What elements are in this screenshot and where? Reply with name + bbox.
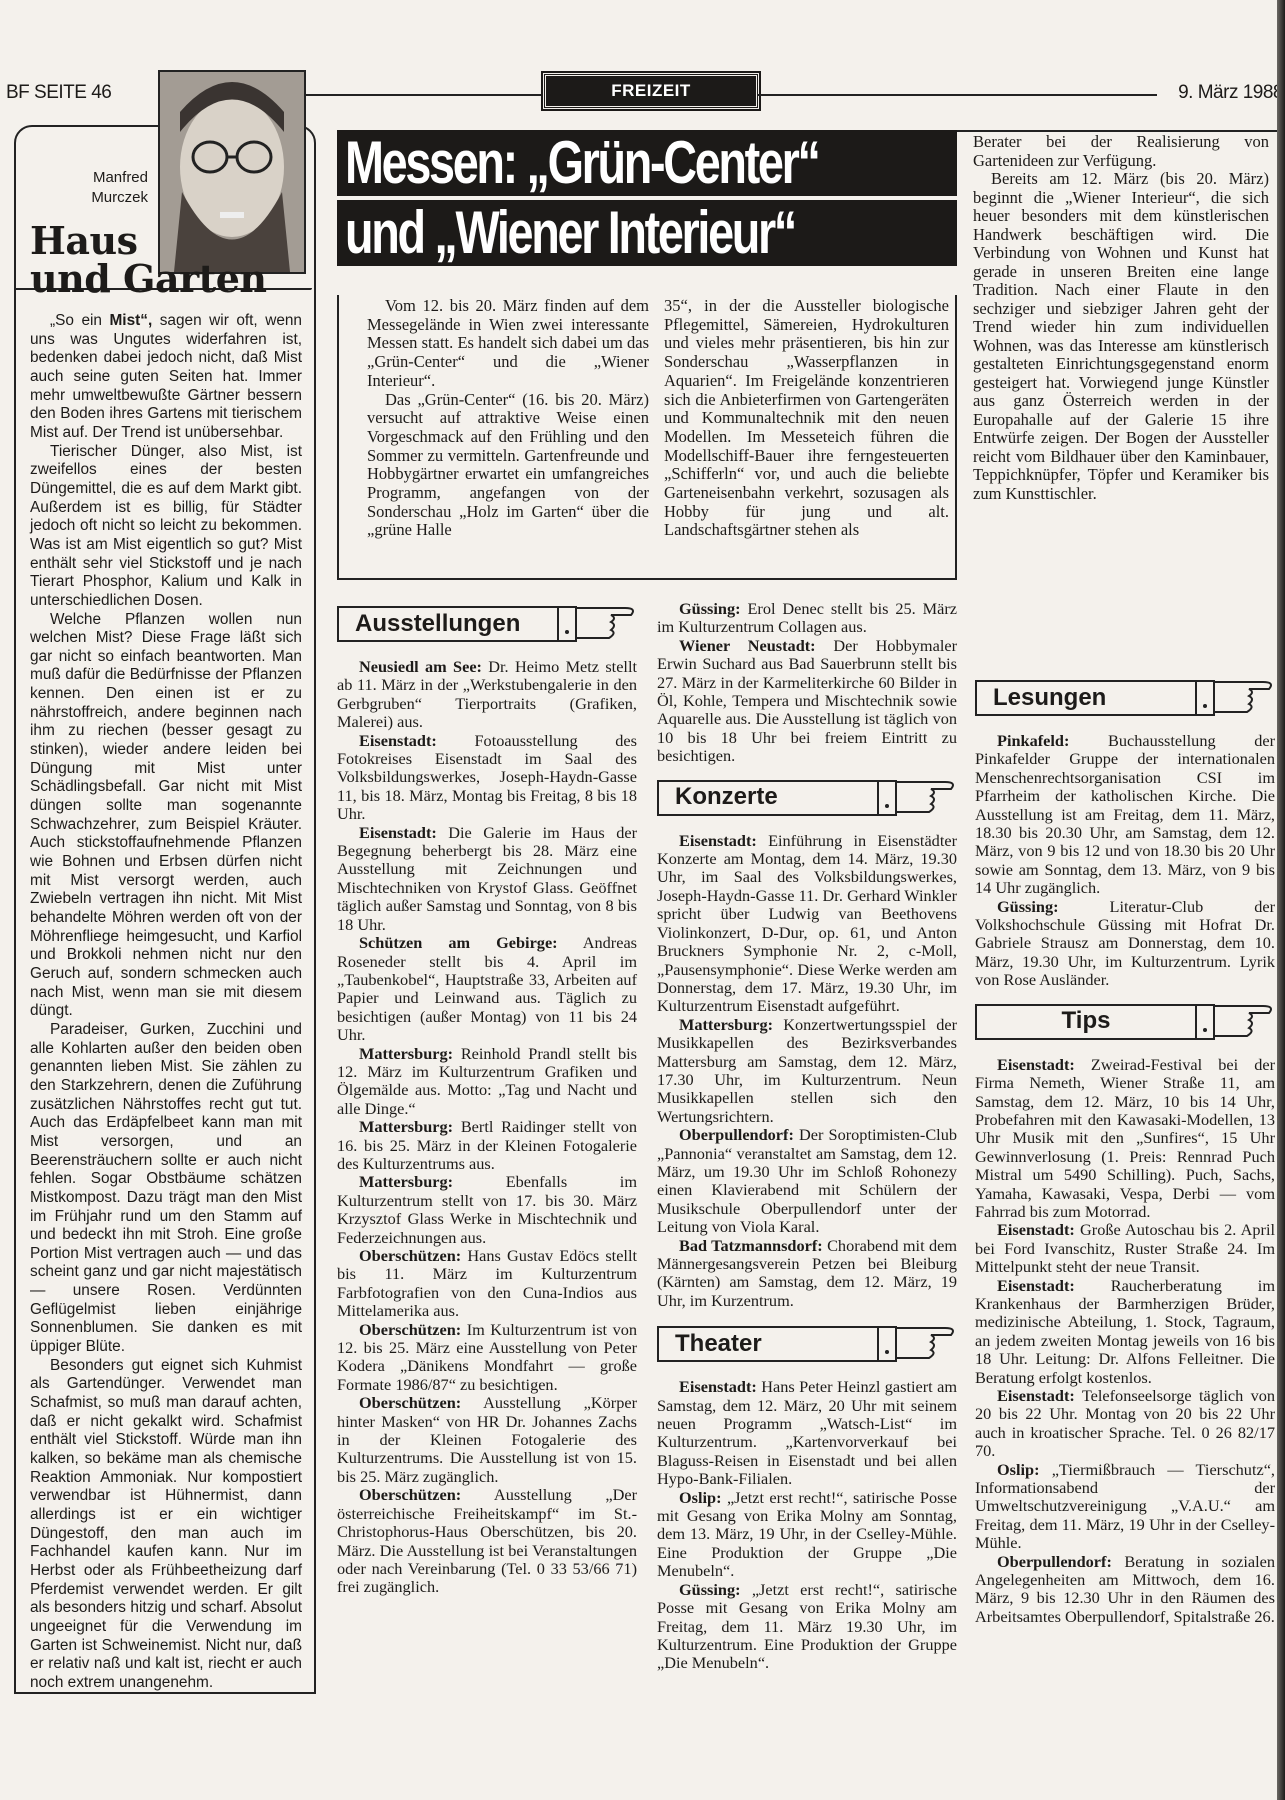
section-banner: FREIZEIT — [543, 73, 759, 109]
column-body: „So ein Mist“, sagen wir oft, wenn uns w… — [30, 312, 302, 1693]
event-place: Mattersburg: — [359, 1044, 453, 1063]
section-dot — [1195, 680, 1215, 716]
event-listing: Oberpullendorf: Der Soroptimisten-Club „… — [657, 1126, 957, 1236]
event-listing: Wiener Neustadt: Der Hobbymaler Erwin Su… — [657, 637, 957, 766]
pointing-hand-icon — [575, 606, 637, 642]
event-listing: Eisenstadt: Telefonseelsorge täglich von… — [975, 1387, 1275, 1461]
event-place: Eisenstadt: — [997, 1276, 1075, 1295]
header-rule-left — [305, 94, 543, 96]
article-paragraph: Berater bei der Realisierung von Garteni… — [973, 133, 1269, 170]
section-header-tips: Tips — [975, 1004, 1275, 1042]
headline-line2: und „Wiener Interieur“ — [337, 200, 957, 266]
event-place: Neusiedl am See: — [359, 657, 482, 676]
event-listing: Eisenstadt: Einführung in Eisenstädter K… — [657, 832, 957, 1016]
event-listing: Mattersburg: Bertl Raidinger stellt von … — [337, 1118, 637, 1173]
event-place: Eisenstadt: — [679, 831, 757, 850]
event-place: Wiener Neustadt: — [679, 636, 816, 655]
event-listing: Oberschützen: Hans Gustav Edöcs stellt b… — [337, 1247, 637, 1321]
section-title: Tips — [975, 1004, 1197, 1040]
pointing-hand-icon — [895, 1326, 957, 1362]
pointing-hand-icon — [1213, 680, 1275, 716]
event-place: Eisenstadt: — [997, 1386, 1075, 1405]
section-dot — [877, 780, 897, 816]
event-listing: Oslip: „Tiermißbrauch — Tierschutz“, Inf… — [975, 1461, 1275, 1553]
event-listing: Mattersburg: Ebenfalls im Kulturzentrum … — [337, 1173, 637, 1247]
section-title: Lesungen — [975, 680, 1197, 716]
event-place: Mattersburg: — [359, 1117, 453, 1136]
section-dot — [1195, 1004, 1215, 1040]
event-place: Mattersburg: — [679, 1015, 773, 1034]
event-text: Einführung in Eisenstädter Konzerte am M… — [657, 831, 957, 1016]
article-paragraph: Vom 12. bis 20. März finden auf dem Mess… — [367, 297, 649, 391]
event-listing: Eisenstadt: Raucherberatung im Krankenha… — [975, 1277, 1275, 1387]
section-title: Konzerte — [657, 780, 879, 816]
author-last-name: Murczek — [70, 188, 148, 208]
event-listing: Mattersburg: Konzertwertungsspiel der Mu… — [657, 1016, 957, 1126]
event-listing: Bad Tatzmannsdorf: Chorabend mit dem Män… — [657, 1237, 957, 1311]
event-listing: Neusiedl am See: Dr. Heimo Metz stellt a… — [337, 658, 637, 732]
article-paragraph: Das „Grün-Center“ (16. bis 20. März) ver… — [367, 391, 649, 541]
section-items-theater: Eisenstadt: Hans Peter Heinzl gastiert a… — [657, 1378, 957, 1673]
event-text: Der Hobbymaler Erwin Suchard aus Bad Sau… — [657, 636, 957, 765]
event-place: Oberschützen: — [359, 1393, 461, 1412]
event-place: Oslip: — [679, 1488, 722, 1507]
event-place: Güssing: — [679, 1580, 741, 1599]
column-paragraph: Welche Pflanzen wollen nun welchen Mist?… — [30, 611, 302, 1021]
column-title-line2: und Garten — [30, 260, 267, 298]
event-listing: Pinkafeld: Buchausstellung der Pinkafeld… — [975, 732, 1275, 898]
section-items-tips: Eisenstadt: Zweirad-Festival bei der Fir… — [975, 1056, 1275, 1627]
event-text: Buchausstellung der Pinkafelder Gruppe d… — [975, 731, 1275, 897]
event-text: Zweirad-Festival bei der Firma Nemeth, W… — [975, 1055, 1275, 1221]
event-place: Oberschützen: — [359, 1320, 461, 1339]
event-listing: Schützen am Gebirge: Andreas Roseneder s… — [337, 934, 637, 1044]
event-listing: Eisenstadt: Fotoausstellung des Fotokrei… — [337, 732, 637, 824]
event-listing: Eisenstadt: Die Galerie im Haus der Bege… — [337, 824, 637, 934]
section-header-ausstellungen: Ausstellungen — [337, 606, 637, 644]
author-name: Manfred Murczek — [70, 168, 148, 208]
events-column-a: Ausstellungen Neusiedl am See: Dr. Heimo… — [337, 600, 637, 1597]
section-dot — [557, 606, 577, 642]
section-items-ausstellungen: Neusiedl am See: Dr. Heimo Metz stellt a… — [337, 658, 637, 1597]
pointing-hand-icon — [895, 780, 957, 816]
event-place: Güssing: — [997, 897, 1059, 916]
event-place: Oberschützen: — [359, 1485, 461, 1504]
section-title: Ausstellungen — [337, 606, 559, 642]
article-column-2: 35“, in der die Aussteller biologische P… — [664, 297, 949, 540]
event-listing: Güssing: „Jetzt erst recht!“, satirische… — [657, 1581, 957, 1673]
article-paragraph: Bereits am 12. März (bis 20. März) begin… — [973, 170, 1269, 503]
event-listing: Eisenstadt: Zweirad-Festival bei der Fir… — [975, 1056, 1275, 1222]
section-items-konzerte: Eisenstadt: Einführung in Eisenstädter K… — [657, 832, 957, 1311]
event-place: Eisenstadt: — [997, 1055, 1075, 1074]
events-column-c: Lesungen Pinkafeld: Buchausstellung der … — [975, 600, 1275, 1626]
events-column-b: Güssing: Erol Denec stellt bis 25. März … — [657, 600, 957, 1673]
column-title: Haus und Garten — [30, 222, 267, 298]
event-listing: Oberpullendorf: Beratung in sozialen Ang… — [975, 1553, 1275, 1627]
section-items-lesungen: Pinkafeld: Buchausstellung der Pinkafeld… — [975, 732, 1275, 990]
event-listing: Oberschützen: Im Kulturzentrum ist von 1… — [337, 1321, 637, 1395]
event-place: Oslip: — [997, 1460, 1040, 1479]
event-place: Oberschützen: — [359, 1246, 461, 1265]
event-place: Eisenstadt: — [679, 1377, 757, 1396]
event-place: Oberpullendorf: — [997, 1552, 1112, 1571]
page-label: BF SEITE 46 — [6, 82, 111, 104]
section-header-konzerte: Konzerte — [657, 780, 957, 818]
headline-line1: Messen: „Grün-Center“ — [337, 130, 957, 196]
section-header-theater: Theater — [657, 1326, 957, 1364]
column-paragraph: Tierischer Dünger, also Mist, ist zweife… — [30, 443, 302, 611]
event-place: Mattersburg: — [359, 1172, 453, 1191]
event-place: Eisenstadt: — [359, 823, 437, 842]
article-box: Vom 12. bis 20. März finden auf dem Mess… — [337, 295, 957, 580]
article-column-3: Berater bei der Realisierung von Garteni… — [973, 133, 1269, 503]
event-listing: Oberschützen: Ausstellung „Der österreic… — [337, 1486, 637, 1596]
event-place: Pinkafeld: — [997, 731, 1069, 750]
event-place: Oberpullendorf: — [679, 1125, 794, 1144]
event-listing: Eisenstadt: Hans Peter Heinzl gastiert a… — [657, 1378, 957, 1488]
headline: Messen: „Grün-Center“ und „Wiener Interi… — [337, 130, 957, 270]
column-paragraph: Paradeiser, Gurken, Zucchini und alle Ko… — [30, 1021, 302, 1357]
event-listing: Güssing: Erol Denec stellt bis 25. März … — [657, 600, 957, 637]
column-paragraph: Besonders gut eignet sich Kuhmist als Ga… — [30, 1357, 302, 1693]
event-listing: Güssing: Literatur-Club der Volkshochsch… — [975, 898, 1275, 990]
column-paragraph: „So ein Mist“, sagen wir oft, wenn uns w… — [30, 312, 302, 443]
article-paragraph: 35“, in der die Aussteller biologische P… — [664, 297, 949, 540]
event-place: Schützen am Gebirge: — [359, 933, 558, 952]
event-place: Bad Tatzmannsdorf: — [679, 1236, 823, 1255]
section-dot — [877, 1326, 897, 1362]
section-header-lesungen: Lesungen — [975, 680, 1275, 718]
pointing-hand-icon — [1213, 1004, 1275, 1040]
event-listing: Oberschützen: Ausstellung „Körper hinter… — [337, 1394, 637, 1486]
issue-date: 9. März 1988 — [1178, 82, 1283, 104]
event-listing: Mattersburg: Reinhold Prandl stellt bis … — [337, 1045, 637, 1119]
event-place: Eisenstadt: — [359, 731, 437, 750]
section-title: Theater — [657, 1326, 879, 1362]
header-rule-right — [757, 94, 1157, 96]
author-first-name: Manfred — [70, 168, 148, 188]
section-items-ausstellungen-cont: Güssing: Erol Denec stellt bis 25. März … — [657, 600, 957, 766]
event-listing: Oslip: „Jetzt erst recht!“, satirische P… — [657, 1489, 957, 1581]
page-edge-shadow — [1277, 0, 1285, 1800]
article-column-1: Vom 12. bis 20. März finden auf dem Mess… — [367, 297, 649, 540]
event-listing: Eisenstadt: Große Autoschau bis 2. April… — [975, 1221, 1275, 1276]
event-place: Güssing: — [679, 599, 741, 618]
event-place: Eisenstadt: — [997, 1220, 1075, 1239]
column-title-line1: Haus — [30, 222, 267, 260]
